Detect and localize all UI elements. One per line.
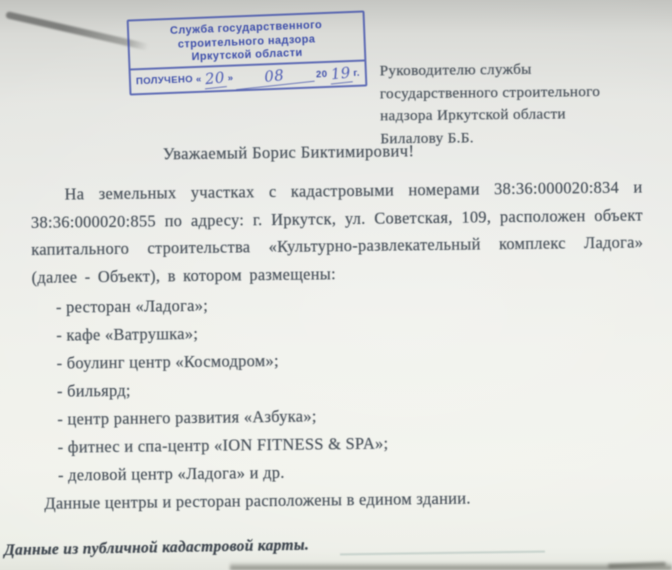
stamp-received-month-handwritten: 08	[235, 63, 315, 90]
stamp-received-year-handwritten: 19	[328, 63, 352, 84]
stamp-received-label: ПОЛУЧЕНО «	[136, 74, 202, 88]
received-stamp: Служба государственного строительного на…	[127, 10, 368, 95]
facility-list: - ресторан «Ладога»; - кафе «Ватрушка»; …	[32, 287, 646, 490]
stamp-received-year-prefix: 20	[316, 69, 328, 80]
stamp-received-suffix: г.	[353, 68, 360, 79]
recipient-line: Руководителю службы	[380, 58, 645, 83]
faint-underline	[340, 551, 545, 556]
stamp-received-quote: »	[227, 73, 233, 84]
stamp-received-day-handwritten: 20	[203, 68, 227, 89]
body-paragraph: На земельных участках с кадастровыми ном…	[30, 174, 643, 291]
page-bottom-shadow	[230, 562, 672, 570]
salutation: Уважаемый Борис Биктимирович!	[30, 140, 547, 166]
letter-body: Уважаемый Борис Биктимирович! На земельн…	[30, 139, 646, 518]
recipient-block: Руководителю службы государственного стр…	[380, 58, 646, 151]
recipient-line: государственного строительного	[380, 80, 645, 105]
footer-caption: Данные из публичной кадастровой карты.	[4, 537, 309, 560]
stamp-organization: Служба государственного строительного на…	[129, 13, 365, 67]
recipient-line: надзора Иркутской области	[380, 103, 645, 128]
scanned-letter-page: Служба государственного строительного на…	[0, 0, 672, 570]
